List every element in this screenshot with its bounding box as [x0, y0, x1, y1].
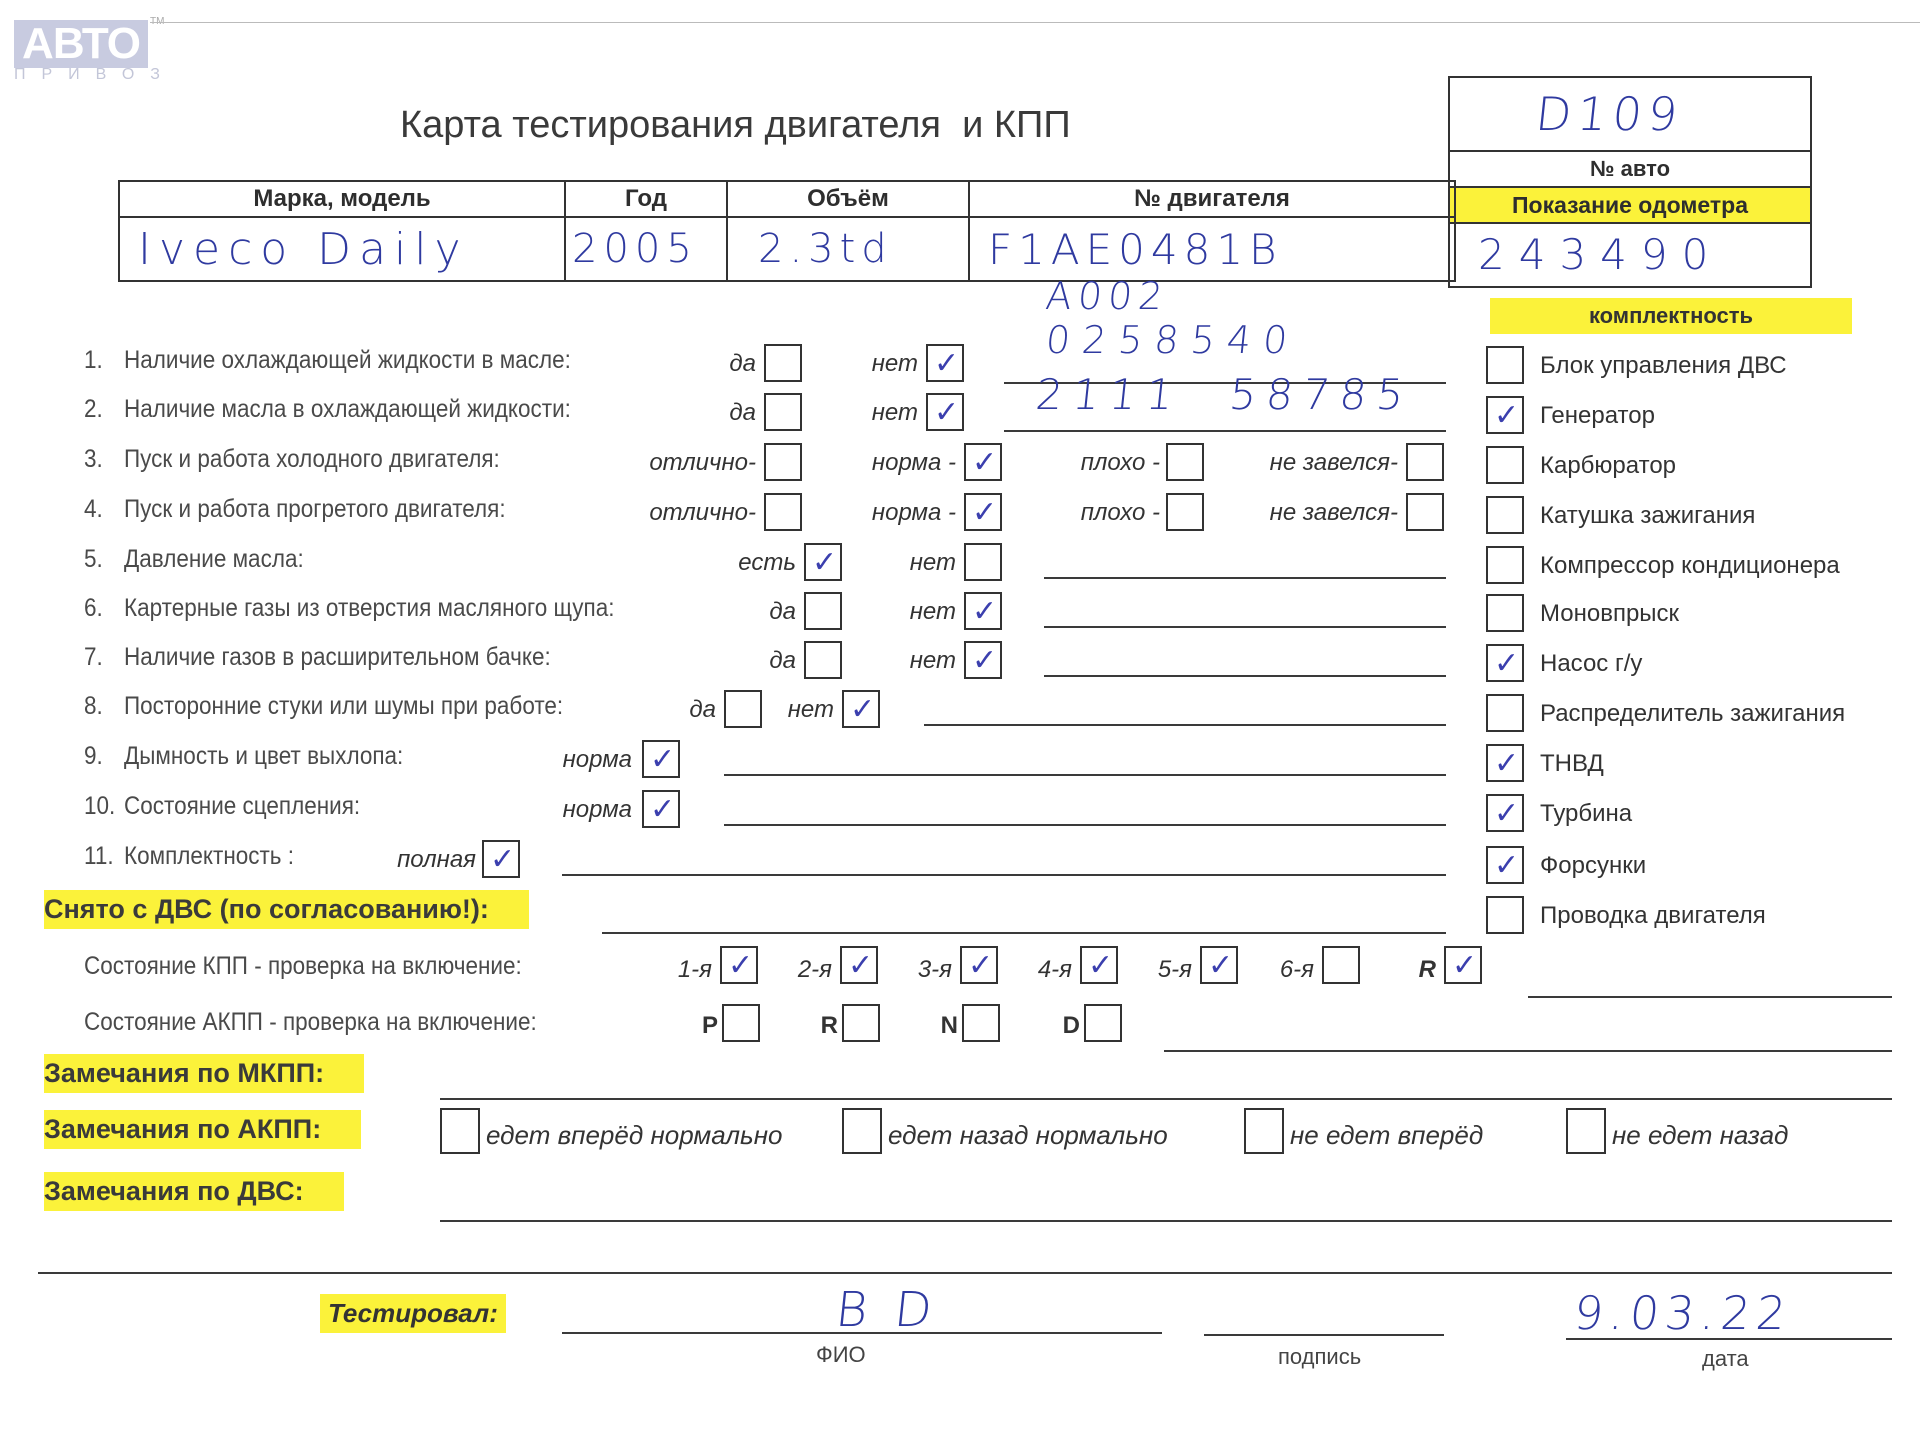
kit-item-label: Компрессор кондиционера: [1540, 552, 1840, 580]
check-option-box[interactable]: ✓: [642, 790, 680, 828]
car-number-label: № авто: [1450, 152, 1810, 188]
check-option-box[interactable]: [1406, 493, 1444, 531]
date-value: 9.03.22: [1571, 1286, 1794, 1340]
check-option-box[interactable]: ✓: [642, 740, 680, 778]
check-row-number: 11.: [84, 842, 114, 871]
check-option-box[interactable]: ✓: [964, 443, 1002, 481]
year-value: 2005: [572, 226, 698, 272]
check-row-notes-line: [924, 724, 1446, 726]
auto-remark-label: едет назад нормально: [888, 1120, 1168, 1151]
check-row-label: Наличие газов в расширительном бачке:: [124, 643, 551, 672]
car-number-value: D109: [1533, 78, 1688, 150]
header-year: Год: [565, 181, 727, 217]
check-row-label: Наличие охлаждающей жидкости в масле:: [124, 346, 571, 375]
auto-remark-checkbox[interactable]: [842, 1108, 882, 1154]
check-option-box[interactable]: [804, 592, 842, 630]
check-row-number: 6.: [84, 594, 103, 623]
check-option-label: нет: [872, 399, 918, 427]
check-option-box[interactable]: ✓: [964, 493, 1002, 531]
auto-remark-checkbox[interactable]: [1566, 1108, 1606, 1154]
check-row-label: Состояние сцепления:: [124, 792, 360, 821]
auto-position-checkbox[interactable]: [842, 1004, 880, 1042]
name-line: [562, 1332, 1162, 1334]
check-mark-icon: ✓: [1452, 950, 1477, 982]
check-option-label: нет: [788, 696, 834, 724]
check-option-box[interactable]: [804, 641, 842, 679]
check-option-label: да: [769, 598, 796, 626]
check-mark-icon: ✓: [1494, 748, 1519, 780]
auto-gearbox-label: Состояние АКПП - проверка на включение:: [84, 1008, 537, 1037]
check-row-label: Посторонние стуки или шумы при работе:: [124, 692, 563, 721]
gear-checkbox[interactable]: ✓: [1444, 946, 1482, 984]
manual-remarks-label: Замечания по МКПП:: [44, 1054, 364, 1093]
auto-gearbox-line: [1164, 1050, 1892, 1052]
check-option-label: да: [689, 696, 716, 724]
check-row-number: 1.: [84, 346, 103, 375]
car-info-box: D109 № авто Показание одометра 243490: [1448, 76, 1812, 288]
signature-line: [1204, 1334, 1444, 1336]
name-caption: ФИО: [816, 1342, 866, 1368]
kit-item-label: Блок управления ДВС: [1540, 352, 1787, 380]
engine-extra-line-1: A002: [1044, 274, 1171, 318]
check-row-notes-line: [1044, 577, 1446, 579]
manual-gearbox-label: Состояние КПП - проверка на включение:: [84, 952, 522, 981]
auto-remark-checkbox[interactable]: [440, 1108, 480, 1154]
check-option-box[interactable]: ✓: [964, 641, 1002, 679]
engine-remarks-line: [440, 1220, 1892, 1222]
manual-gearbox-line: [1528, 996, 1892, 998]
avto-privoz-logo: АВТО: [14, 20, 148, 68]
check-row-label: Дымность и цвет выхлопа:: [124, 742, 403, 771]
gear-checkbox[interactable]: [1322, 946, 1360, 984]
kit-item-label: Насос г/у: [1540, 650, 1642, 678]
check-mark-icon: ✓: [968, 950, 993, 982]
check-row-number: 8.: [84, 692, 103, 721]
kit-item-label: Карбюратор: [1540, 452, 1676, 480]
engine-extra-line-2: 0258540: [1044, 318, 1302, 362]
check-option-box[interactable]: ✓: [926, 344, 964, 382]
check-mark-icon: ✓: [1494, 798, 1519, 830]
logo-subtitle: ПРИВОЗ: [14, 66, 176, 84]
vehicle-info-table: Марка, модель Год Объём № двигателя Ivec…: [118, 180, 1456, 282]
check-option-label: нет: [872, 350, 918, 378]
auto-remark-label: не едет вперёд: [1290, 1120, 1483, 1151]
kit-item-checkbox[interactable]: ✓: [1486, 644, 1524, 682]
check-option-label: не завелся-: [1270, 449, 1398, 477]
check-row-label: Картерные газы из отверстия масляного щу…: [124, 594, 614, 623]
gear-label: 6-я: [1280, 956, 1314, 984]
kit-item-label: Турбина: [1540, 800, 1632, 828]
check-option-box[interactable]: ✓: [926, 393, 964, 431]
auto-position-checkbox[interactable]: [962, 1004, 1000, 1042]
check-option-box[interactable]: [764, 443, 802, 481]
check-row-number: 10.: [84, 792, 115, 821]
check-mark-icon: ✓: [972, 447, 997, 479]
kit-item-checkbox[interactable]: [1486, 446, 1524, 484]
check-option-label: плохо -: [1081, 499, 1160, 527]
kit-item-label: Генератор: [1540, 402, 1655, 430]
check-option-box[interactable]: [1166, 443, 1204, 481]
check-row-number: 2.: [84, 395, 103, 424]
check-option-label: норма -: [872, 449, 956, 477]
check-mark-icon: ✓: [490, 844, 515, 876]
check-option-box[interactable]: [764, 344, 802, 382]
kit-item-checkbox[interactable]: [1486, 896, 1524, 934]
check-option-label: норма -: [872, 499, 956, 527]
check-row-number: 5.: [84, 545, 103, 574]
kit-item-label: Катушка зажигания: [1540, 502, 1755, 530]
check-option-box[interactable]: [764, 493, 802, 531]
check-mark-icon: ✓: [848, 950, 873, 982]
manual-remarks-line: [440, 1098, 1892, 1100]
kit-item-checkbox[interactable]: ✓: [1486, 846, 1524, 884]
check-option-label: да: [729, 350, 756, 378]
kit-item-checkbox[interactable]: [1486, 346, 1524, 384]
check-row-notes-line: [1044, 626, 1446, 628]
page-title: Карта тестирования двигателя и КПП: [400, 104, 1071, 147]
check-mark-icon: ✓: [850, 694, 875, 726]
kit-item-label: Моновпрыск: [1540, 600, 1679, 628]
gear-label: 1-я: [678, 956, 712, 984]
check-option-box[interactable]: ✓: [482, 840, 520, 878]
date-line: [1566, 1338, 1892, 1340]
kit-item-checkbox[interactable]: [1486, 594, 1524, 632]
gear-checkbox[interactable]: ✓: [720, 946, 758, 984]
odometer-value: 243490: [1478, 230, 1722, 279]
kit-item-checkbox[interactable]: [1486, 496, 1524, 534]
bottom-divider: [38, 1272, 1892, 1274]
auto-remark-label: едет вперёд нормально: [486, 1120, 782, 1151]
header-make-model: Марка, модель: [119, 181, 565, 217]
auto-position-label: D: [1063, 1012, 1080, 1040]
signature-caption: подпись: [1278, 1344, 1361, 1370]
gear-label: 5-я: [1158, 956, 1192, 984]
auto-remarks-label: Замечания по АКПП:: [44, 1110, 361, 1149]
auto-position-label: N: [941, 1012, 958, 1040]
check-mark-icon: ✓: [972, 596, 997, 628]
check-option-box[interactable]: [1406, 443, 1444, 481]
kit-title: комплектность: [1490, 298, 1852, 334]
check-option-label: отлично-: [649, 449, 756, 477]
auto-position-checkbox[interactable]: [1084, 1004, 1122, 1042]
check-mark-icon: ✓: [934, 348, 959, 380]
odometer-cell: 243490: [1450, 224, 1810, 286]
kit-item-label: Проводка двигателя: [1540, 902, 1766, 930]
check-option-box[interactable]: ✓: [842, 690, 880, 728]
check-mark-icon: ✓: [1494, 850, 1519, 882]
check-mark-icon: ✓: [1494, 648, 1519, 680]
check-option-label: нет: [910, 647, 956, 675]
check-row-label: Давление масла:: [124, 545, 304, 574]
odometer-label: Показание одометра: [1450, 188, 1810, 224]
removed-from-engine-label: Снято с ДВС (по согласованию!):: [44, 890, 529, 929]
auto-remark-checkbox[interactable]: [1244, 1108, 1284, 1154]
check-mark-icon: ✓: [728, 950, 753, 982]
check-mark-icon: ✓: [1208, 950, 1233, 982]
car-number-cell: D109: [1450, 78, 1810, 152]
check-option-label: плохо -: [1081, 449, 1160, 477]
check-row-notes-line: [1044, 675, 1446, 677]
check-mark-icon: ✓: [650, 794, 675, 826]
check-option-label: да: [729, 399, 756, 427]
check-option-label: норма: [563, 746, 632, 774]
auto-remark-label: не едет назад: [1612, 1120, 1788, 1151]
kit-item-label: ТНВД: [1540, 750, 1604, 778]
tester-name-value: B D: [833, 1282, 941, 1338]
check-option-box[interactable]: ✓: [964, 592, 1002, 630]
engine-line-2: [1004, 430, 1446, 432]
check-mark-icon: ✓: [812, 547, 837, 579]
kit-item-checkbox[interactable]: ✓: [1486, 794, 1524, 832]
gear-checkbox[interactable]: ✓: [840, 946, 878, 984]
check-row-label: Комплектность :: [124, 842, 294, 871]
check-option-label: отлично-: [649, 499, 756, 527]
engine-remarks-label: Замечания по ДВС:: [44, 1172, 344, 1211]
check-option-box[interactable]: [964, 543, 1002, 581]
check-mark-icon: ✓: [972, 497, 997, 529]
volume-value: 2.3td: [758, 226, 893, 272]
make-model-value: Iveco Daily: [138, 224, 469, 275]
check-row-label: Пуск и работа холодного двигателя:: [124, 445, 500, 474]
gear-checkbox[interactable]: ✓: [1080, 946, 1118, 984]
check-mark-icon: ✓: [972, 645, 997, 677]
check-option-label: нет: [910, 598, 956, 626]
check-option-box[interactable]: [724, 690, 762, 728]
engine-extra-line-3: 2111 58785: [1033, 370, 1415, 419]
gear-label: R: [1419, 956, 1436, 984]
gear-checkbox[interactable]: ✓: [1200, 946, 1238, 984]
kit-item-checkbox[interactable]: ✓: [1486, 396, 1524, 434]
kit-item-label: Форсунки: [1540, 852, 1646, 880]
check-row-notes-line: [724, 774, 1446, 776]
check-row-label: Пуск и работа прогретого двигателя:: [124, 495, 506, 524]
auto-position-label: R: [821, 1012, 838, 1040]
check-option-box[interactable]: [764, 393, 802, 431]
kit-item-checkbox[interactable]: [1486, 546, 1524, 584]
check-option-label: полная: [397, 846, 476, 874]
header-volume: Объём: [727, 181, 969, 217]
check-row-notes-line: [562, 874, 1446, 876]
check-row-label: Наличие масла в охлаждающей жидкости:: [124, 395, 571, 424]
check-option-box[interactable]: [1166, 493, 1204, 531]
gear-label: 4-я: [1038, 956, 1072, 984]
kit-item-checkbox[interactable]: ✓: [1486, 744, 1524, 782]
gear-label: 3-я: [918, 956, 952, 984]
check-option-label: не завелся-: [1270, 499, 1398, 527]
check-option-label: норма: [563, 796, 632, 824]
kit-item-label: Распределитель зажигания: [1540, 700, 1845, 728]
check-row-number: 9.: [84, 742, 103, 771]
check-row-notes-line: [724, 824, 1446, 826]
check-option-label: да: [769, 647, 796, 675]
check-mark-icon: ✓: [934, 397, 959, 429]
gear-label: 2-я: [798, 956, 832, 984]
header-engine-number: № двигателя: [969, 181, 1455, 217]
check-mark-icon: ✓: [1494, 400, 1519, 432]
check-option-label: есть: [738, 549, 796, 577]
check-row-number: 4.: [84, 495, 103, 524]
kit-item-checkbox[interactable]: [1486, 694, 1524, 732]
check-option-label: нет: [910, 549, 956, 577]
removed-line: [602, 932, 1446, 934]
auto-position-checkbox[interactable]: [722, 1004, 760, 1042]
gear-checkbox[interactable]: ✓: [960, 946, 998, 984]
check-mark-icon: ✓: [650, 744, 675, 776]
top-divider: [150, 22, 1920, 23]
tested-by-label: Тестировал:: [320, 1294, 506, 1333]
engine-number-value: F1AE0481B: [988, 225, 1283, 274]
date-caption: дата: [1702, 1346, 1749, 1372]
check-row-number: 7.: [84, 643, 103, 672]
check-option-box[interactable]: ✓: [804, 543, 842, 581]
check-row-number: 3.: [84, 445, 103, 474]
check-mark-icon: ✓: [1088, 950, 1113, 982]
auto-position-label: P: [702, 1012, 718, 1040]
